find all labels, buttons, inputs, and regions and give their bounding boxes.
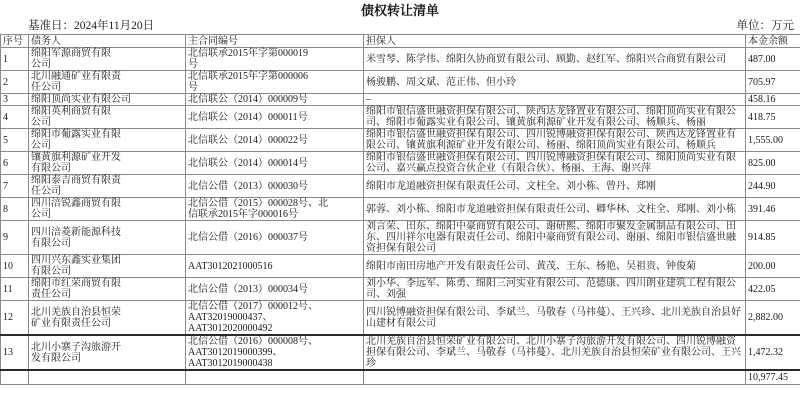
row-no: 6 (1, 152, 29, 175)
row-balance: 1,472.32 (746, 335, 800, 370)
row-no: 12 (1, 301, 29, 336)
total-contract-cell (186, 370, 364, 385)
row-no: 2 (1, 71, 29, 94)
row-guarantor: 米雪琴、陈学伟、绵阳久协商贸有限公司、顾勤、赵红军、绵阳兴合商贸有限公司 (364, 48, 746, 71)
table-header-row: 序号 债务人 主合同编号 担保人 本金余额 (1, 35, 800, 48)
row-guarantor: 郭蓉、刘小栋、绵阳市龙道融资担保有限责任公司、卿华林、文柱全、郑刚、刘小栋 (364, 198, 746, 221)
row-contract: 北信公借（2013）000034号 (186, 278, 364, 301)
total-guarantor-cell (364, 370, 746, 385)
row-debtor: 北川小寨子沟旅游开 发有限公司 (29, 335, 186, 370)
base-date-label: 基准日：2024年11月20日 (28, 19, 154, 33)
row-contract: 北信联承2015年字第000006 号 (186, 71, 364, 94)
row-contract: 北信公借（2013）000030号 (186, 175, 364, 198)
row-balance: 705.97 (746, 71, 800, 94)
table-row: 5 绵阳市葡露实业有限 公司 北信联公（2014）000022号 绵阳市银信盛世… (1, 129, 800, 152)
total-balance: 10,977.45 (746, 370, 800, 385)
row-no: 13 (1, 335, 29, 370)
row-debtor: 绵阳泰吉商贸有限责 任公司 (29, 175, 186, 198)
row-balance: 825.00 (746, 152, 800, 175)
table-row: 11 绵阳市红荣商贸有限 责任公司 北信公借（2013）000034号 刘小华、… (1, 278, 800, 301)
row-no: 3 (1, 94, 29, 106)
row-contract: 北信联承2015年字第000019 号 (186, 48, 364, 71)
debt-transfer-document: 债权转让清单 基准日：2024年11月20日 单位：万元 序号 债务人 主合同编… (0, 0, 800, 419)
row-debtor: 绵阳英利商贸有限 公司 (29, 106, 186, 129)
meta-row: 基准日：2024年11月20日 单位：万元 (0, 18, 800, 34)
page-title: 债权转让清单 (0, 0, 800, 18)
row-guarantor: 四川锐博融资担保有限公司、李斌兰、马敬春（马祎蔓）、王兴珍、北川羌族自治县好山建… (364, 301, 746, 336)
row-balance: 391.46 (746, 198, 800, 221)
table-row: 4 绵阳英利商贸有限 公司 北信联公（2014）000011号 绵阳市银信盛世融… (1, 106, 800, 129)
row-guarantor: 绵阳市南田房地产开发有限责任公司、黄茂、王东、杨艳、吴祖贵、钟俊菊 (364, 255, 746, 278)
table-row: 12 北川羌族自治县恒荣 矿业有限责任公司 北信公借（2017）000012号、… (1, 301, 800, 336)
row-debtor: 北川羌族自治县恒荣 矿业有限责任公司 (29, 301, 186, 336)
header-debtor: 债务人 (29, 35, 186, 48)
row-balance: 418.75 (746, 106, 800, 129)
row-balance: 458.16 (746, 94, 800, 106)
row-contract: 北信公借（2016）000008号、 AAT3012019000399、 AAT… (186, 335, 364, 370)
table-row: 10 四川兴东鑫实业集团 有限公司 AAT3012021000516 绵阳市南田… (1, 255, 800, 278)
row-contract: 北信联公（2014）000011号 (186, 106, 364, 129)
debt-table: 序号 债务人 主合同编号 担保人 本金余额 1 绵阳军源商贸有限 公司 北信联承… (0, 34, 800, 385)
table-row: 6 镶黄旗利源矿业开发 有限公司 北信联公（2014）000014号 绵阳市银信… (1, 152, 800, 175)
row-guarantor: 刘小华、李远军、陈勇、绵阳三河实业有限公司、范德康、四川朗业建筑工程有限公司、刘… (364, 278, 746, 301)
row-debtor: 绵阳市葡露实业有限 公司 (29, 129, 186, 152)
row-balance: 200.00 (746, 255, 800, 278)
row-no: 9 (1, 221, 29, 255)
table-row: 2 北川融通矿业有限责 任公司 北信联承2015年字第000006 号 杨骏鹏、… (1, 71, 800, 94)
total-no-cell (1, 370, 29, 385)
row-contract: 北信公借（2015）000028号、北 信联承2015年字000016号 (186, 198, 364, 221)
header-guarantor: 担保人 (364, 35, 746, 48)
row-balance: 422.05 (746, 278, 800, 301)
table-row: 13 北川小寨子沟旅游开 发有限公司 北信公借（2016）000008号、 AA… (1, 335, 800, 370)
row-guarantor: 绵阳市银信盛世融资担保有限公司、四川锐博融资担保有限公司、陕西达龙锋置业有限公司… (364, 129, 746, 152)
row-balance: 244.90 (746, 175, 800, 198)
row-guarantor: 北川羌族自治县恒荣矿业有限公司、北川小寨子沟旅游开发有限公司、四川锐博融资担保有… (364, 335, 746, 370)
table-row: 8 四川涪锐鑫商贸有限 公司 北信公借（2015）000028号、北 信联承20… (1, 198, 800, 221)
row-no: 8 (1, 198, 29, 221)
row-guarantor: 刘言荣、田东、绵阳中豪商贸有限公司、谢研熙、绵阳市聚发金属制品有限公司、田东、四… (364, 221, 746, 255)
row-no: 10 (1, 255, 29, 278)
row-balance: 487.00 (746, 48, 800, 71)
row-no: 7 (1, 175, 29, 198)
row-debtor: 绵阳军源商贸有限 公司 (29, 48, 186, 71)
row-contract: 北信联公（2014）000009号 (186, 94, 364, 106)
header-no: 序号 (1, 35, 29, 48)
row-debtor: 四川涪锐鑫商贸有限 公司 (29, 198, 186, 221)
row-contract: 北信联公（2014）000014号 (186, 152, 364, 175)
header-balance: 本金余额 (746, 35, 800, 48)
total-debtor-cell (29, 370, 186, 385)
table-row: 9 四川涪菱新能源科技 有限公司 北信公借（2016）000037号 刘言荣、田… (1, 221, 800, 255)
unit-label: 单位：万元 (737, 19, 795, 33)
row-contract: 北信联公（2014）000022号 (186, 129, 364, 152)
total-row: 10,977.45 (1, 370, 800, 385)
row-debtor: 四川兴东鑫实业集团 有限公司 (29, 255, 186, 278)
row-balance: 1,555.00 (746, 129, 800, 152)
row-no: 1 (1, 48, 29, 71)
table-row: 7 绵阳泰吉商贸有限责 任公司 北信公借（2013）000030号 绵阳市龙道融… (1, 175, 800, 198)
row-no: 5 (1, 129, 29, 152)
row-no: 4 (1, 106, 29, 129)
row-guarantor: – (364, 94, 746, 106)
row-debtor: 绵阳市红荣商贸有限 责任公司 (29, 278, 186, 301)
row-contract: 北信公借（2017）000012号、 AAT32019000437、 AAT30… (186, 301, 364, 336)
row-debtor: 北川融通矿业有限责 任公司 (29, 71, 186, 94)
table-row: 3 绵阳顶尚实业有限公司 北信联公（2014）000009号 – 458.16 (1, 94, 800, 106)
row-guarantor: 杨骏鹏、周文斌、范正伟、但小玲 (364, 71, 746, 94)
row-guarantor: 绵阳市银信盛世融资担保有限公司、四川锐博融资担保有限公司、绵阳顶尚实业有限公司、… (364, 152, 746, 175)
row-contract: AAT3012021000516 (186, 255, 364, 278)
row-debtor: 四川涪菱新能源科技 有限公司 (29, 221, 186, 255)
row-guarantor: 绵阳市龙道融资担保有限责任公司、文柱全、刘小栋、曾丹、郑刚 (364, 175, 746, 198)
row-contract: 北信公借（2016）000037号 (186, 221, 364, 255)
row-guarantor: 绵阳市银信盛世融资担保有限公司、陕西达龙锋置业有限公司、绵阳顶尚实业有限公司、绵… (364, 106, 746, 129)
header-contract: 主合同编号 (186, 35, 364, 48)
row-no: 11 (1, 278, 29, 301)
row-balance: 2,882.00 (746, 301, 800, 336)
debt-table-body: 1 绵阳军源商贸有限 公司 北信联承2015年字第000019 号 米雪琴、陈学… (1, 48, 800, 371)
row-debtor: 绵阳顶尚实业有限公司 (29, 94, 186, 106)
row-balance: 914.85 (746, 221, 800, 255)
row-debtor: 镶黄旗利源矿业开发 有限公司 (29, 152, 186, 175)
table-row: 1 绵阳军源商贸有限 公司 北信联承2015年字第000019 号 米雪琴、陈学… (1, 48, 800, 71)
